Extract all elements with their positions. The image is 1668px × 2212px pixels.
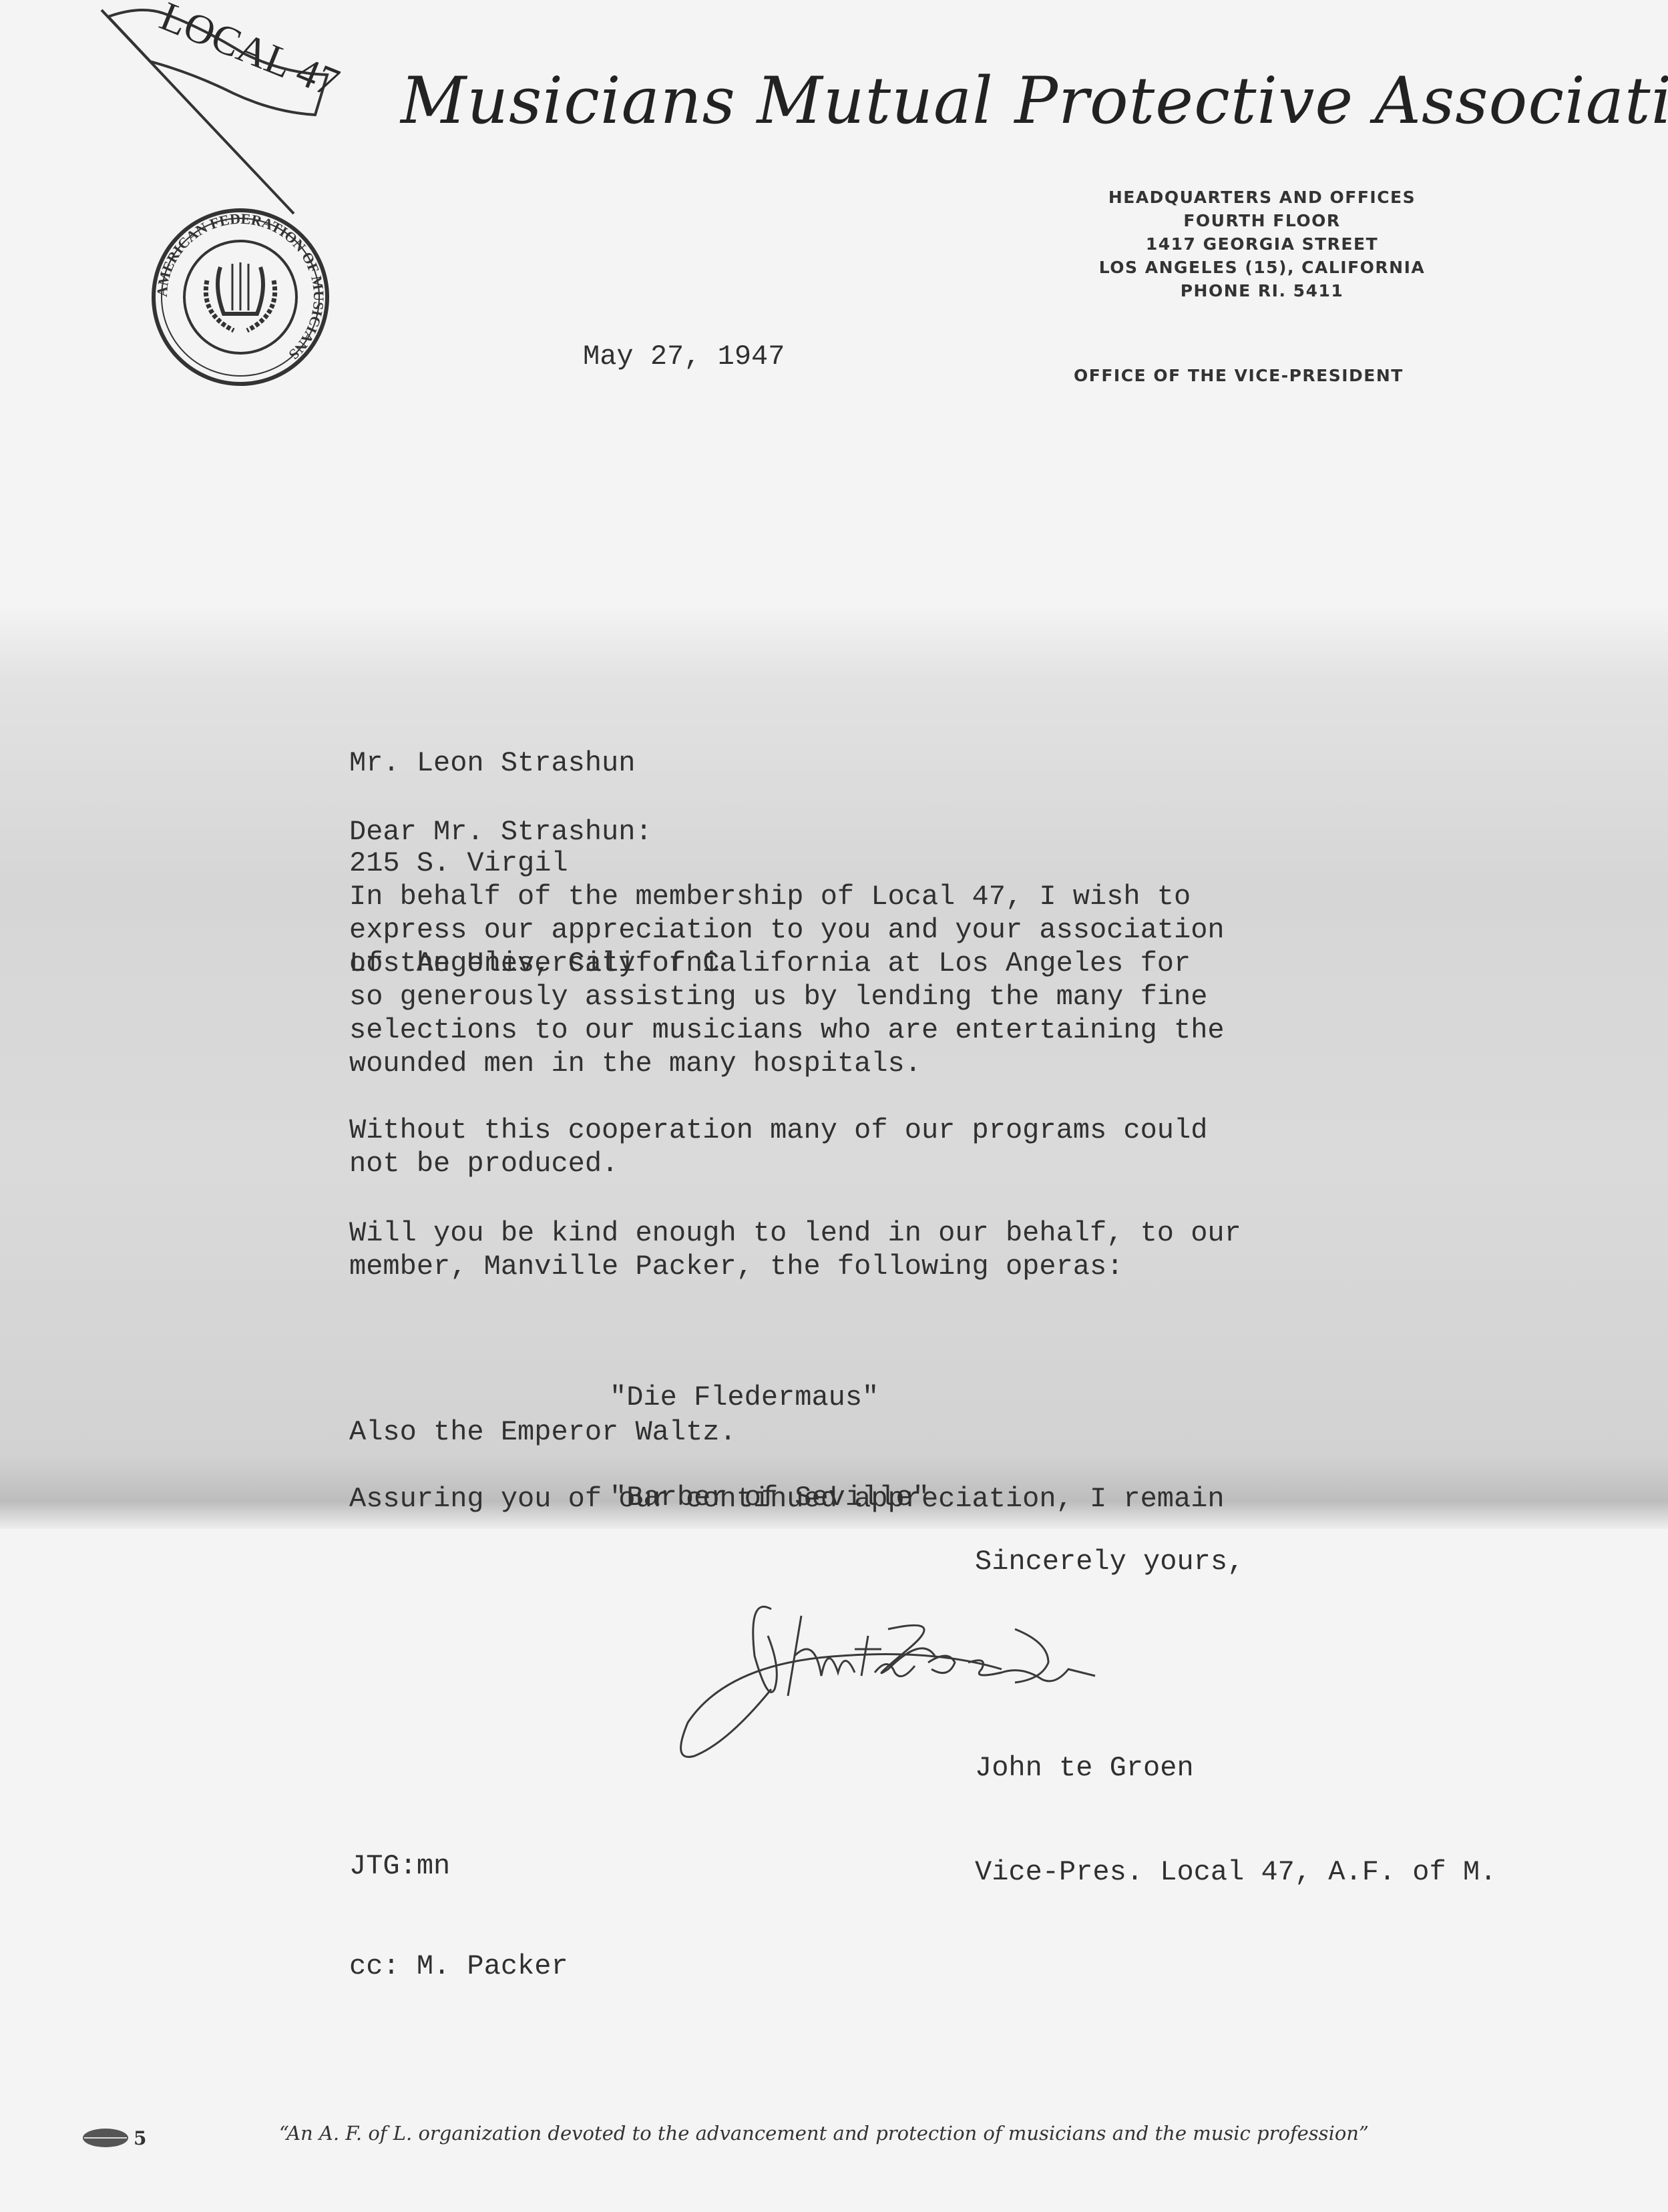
body-paragraph: In behalf of the membership of Local 47,… <box>349 880 1225 1080</box>
union-label: 5 <box>79 2125 159 2151</box>
union-label-number: 5 <box>134 2127 146 2149</box>
body-paragraph: Without this cooperation many of our pro… <box>349 1114 1207 1180</box>
body-paragraph: Assuring you of our continued appreciati… <box>349 1482 1225 1516</box>
reference-block: JTG:mn cc: M. Packer <box>349 1783 568 2050</box>
letter-page: LOCAL 47 AMERICAN FEDERATION OF MUSICIAN… <box>0 0 1668 2212</box>
body-paragraph: Also the Emperor Waltz. <box>349 1415 737 1449</box>
office-label: OFFICE OF THE VICE-PRESIDENT <box>1074 366 1404 385</box>
letter-date: May 27, 1947 <box>583 341 785 373</box>
opera-item: "Die Fledermaus" <box>610 1381 929 1414</box>
recipient-line: Mr. Leon Strashun <box>349 746 737 780</box>
address-line: FOURTH FLOOR <box>1068 209 1456 232</box>
reference-initials: JTG:mn <box>349 1849 568 1883</box>
address-line: PHONE RI. 5411 <box>1068 279 1456 302</box>
address-line: LOS ANGELES (15), CALIFORNIA <box>1068 256 1456 279</box>
signature-block: John te Groen Vice-Pres. Local 47, A.F. … <box>975 1681 1496 1959</box>
salutation: Dear Mr. Strashun: <box>349 816 652 848</box>
carbon-copy: cc: M. Packer <box>349 1950 568 1983</box>
union-label-icon: 5 <box>79 2125 159 2151</box>
body-paragraph: Will you be kind enough to lend in our b… <box>349 1216 1241 1283</box>
pennant-text: LOCAL 47 <box>154 0 345 106</box>
footer-motto: “An A. F. of L. organization devoted to … <box>279 2122 1369 2145</box>
headquarters-address: HEADQUARTERS AND OFFICES FOURTH FLOOR 14… <box>1068 186 1456 302</box>
address-line: 1417 GEORGIA STREET <box>1068 232 1456 256</box>
local-47-logo-icon: LOCAL 47 AMERICAN FEDERATION OF MUSICIAN… <box>100 0 367 414</box>
address-line: HEADQUARTERS AND OFFICES <box>1068 186 1456 209</box>
signer-name: John te Groen <box>975 1751 1496 1785</box>
organization-name: Musicians Mutual Protective Association <box>401 63 1636 138</box>
recipient-line: 215 S. Virgil <box>349 847 737 880</box>
signer-title: Vice-Pres. Local 47, A.F. of M. <box>975 1855 1496 1890</box>
